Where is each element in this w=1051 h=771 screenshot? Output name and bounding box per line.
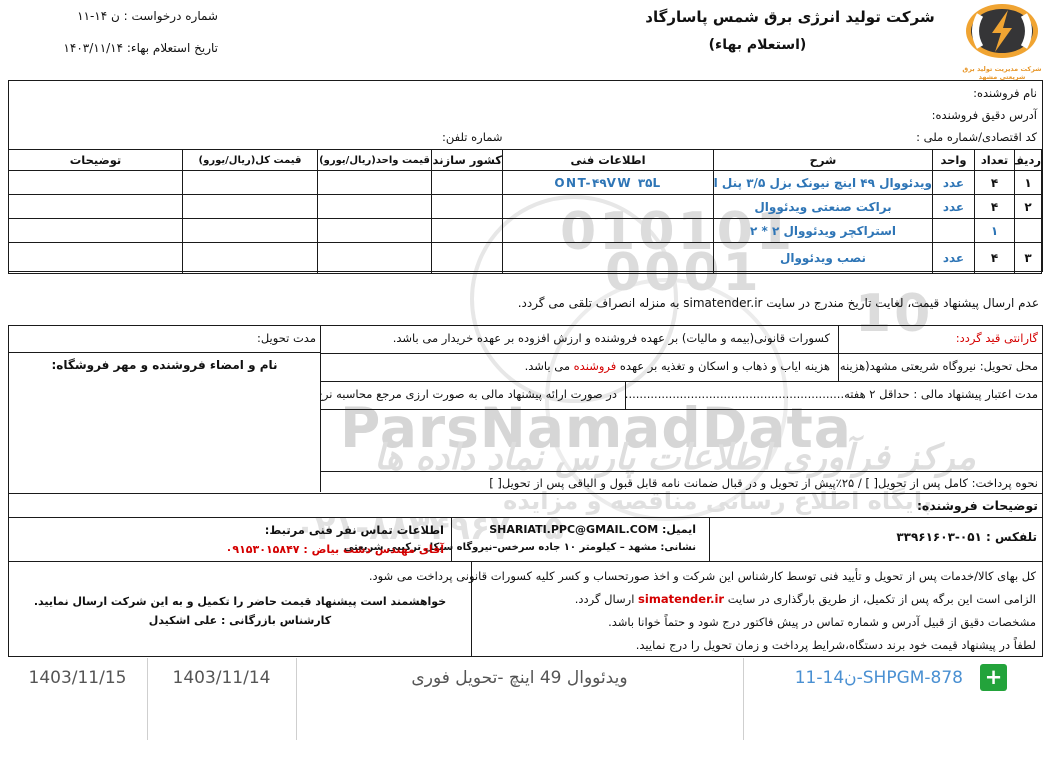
table-row: ۱ ۴ عدد ویدئووال ۴۹ اینچ نیونک بزل ۳/۵ پ… (9, 171, 1042, 195)
seller-notes-header: توضیحات فروشنده: (917, 498, 1038, 513)
request-completion-line: خواهشمند است پیشنهاد قیمت حاضر را تکمیل … (9, 595, 471, 608)
cell-tech: ONT-۴۹VW ۳۵L (503, 171, 714, 195)
col-tech: اطلاعات فنی (503, 150, 714, 171)
travel-cost-highlight: فروشنده (574, 359, 617, 373)
condition-row-empty (321, 410, 1042, 472)
signature-column: مدت تحویل: نام و امضاء فروشنده و مهر فرو… (9, 326, 321, 492)
footer-note-post: ارسال گردد. (575, 592, 638, 606)
telefax-number: ۳۳۹۶۱۶۰۳-۰۵۱ (896, 530, 982, 544)
company-logo: شرکت مدیریت تولید برق شریعتی مشهد (961, 2, 1043, 81)
signature-label: نام و امضاء فروشنده و مهر فروشگاه: (9, 358, 320, 372)
condition-row-validity: مدت اعتبار پیشنهاد مالی : حداقل ۲ هفته..… (321, 382, 1042, 410)
cell-qty: ۴ (975, 195, 1015, 219)
notice-post: به منزله انصراف تلقی می گردد. (518, 296, 684, 310)
cell-empty (9, 219, 183, 243)
cell-empty (432, 219, 503, 243)
request-number-line: شماره درخواست : ن ۱۱-۱۴ (28, 8, 218, 25)
travel-cost-post: می باشد. (525, 359, 574, 373)
commercial-expert-line: کارشناس بازرگانی : علی اشکیدل (9, 614, 471, 627)
cell-empty (503, 243, 714, 274)
footer-note: لطفاً در پیشنهاد قیمت خود برند دستگاه،شر… (369, 634, 1036, 657)
tech-contact-label: اطلاعات تماس نفر فنی مرتبط: (265, 523, 444, 537)
cell-unit: عدد (933, 243, 975, 274)
validity-text: مدت اعتبار پیشنهاد مالی : حداقل ۲ هفته..… (625, 382, 1042, 409)
cell-qty: ۴ (975, 243, 1015, 274)
telefax-line: تلفکس : ۳۳۹۶۱۶۰۳-۰۵۱ (896, 530, 1037, 544)
conditions-box: مدت تحویل: نام و امضاء فروشنده و مهر فرو… (8, 325, 1043, 657)
deadline-date-cell: 1403/11/15 (8, 668, 147, 688)
condition-row-delivery-place: محل تحویل: نیروگاه شریعتی مشهد(هزینه حمل… (321, 354, 1042, 382)
request-number-label: شماره درخواست : ن (111, 9, 218, 23)
cell-qty: ۱ (975, 219, 1015, 243)
cell-desc: ویدئووال ۴۹ اینچ نیونک بزل ۳/۵ پنل الجی (714, 171, 933, 195)
cell-qty: ۴ (975, 171, 1015, 195)
no-submission-notice: عدم ارسال پیشنهاد قیمت، لغایت تاریخ مندر… (518, 296, 1039, 310)
tender-title-cell: ویدئووال 49 اینچ -تحویل فوری (296, 668, 743, 688)
cell-desc: استراکچر ویدئووال ۲ * ۲ (714, 219, 933, 243)
items-table: ردیف تعداد واحد شرح اطلاعات فنی کشور ساز… (8, 149, 1042, 274)
col-total-price: قیمت کل(ریال/یورو) (183, 150, 318, 171)
inquiry-document-page: 010101 0001 10 ParsNamadData مرکز فرآوری… (0, 0, 1051, 771)
delivery-period-label: مدت تحویل: (257, 331, 316, 345)
header-left-block: شماره درخواست : ن ۱۱-۱۴ تاریخ استعلام به… (28, 8, 218, 72)
cell-desc: نصب ویدئووال (714, 243, 933, 274)
deductions-text: کسورات قانونی(بیمه و مالیات) بر عهده فرو… (321, 326, 838, 353)
cell-empty (318, 219, 432, 243)
document-type: (استعلام بهاء) (600, 37, 915, 53)
divider (9, 493, 1042, 494)
notice-pre: عدم ارسال پیشنهاد قیمت، لغایت تاریخ مندر… (762, 296, 1039, 310)
cell-desc: براکت صنعتی ویدئووال (714, 195, 933, 219)
cell-empty (183, 171, 318, 195)
cell-empty (318, 243, 432, 274)
table-row: ۳ ۴ عدد نصب ویدئووال (9, 243, 1042, 274)
seller-code-label: کد اقتصادی/شماره ملی : (916, 130, 1037, 144)
cell-empty (9, 243, 183, 274)
delivery-place-pre: محل تحویل: نیروگاه شریعتی مشهد(هزینه حمل… (838, 359, 1038, 373)
company-title: شرکت تولید انرژی برق شمس پاسارگاد (600, 8, 980, 26)
company-logo-icon (962, 2, 1042, 62)
divider (451, 518, 452, 561)
tender-code-text: 11-14ن-SHPGM-878 (795, 668, 963, 688)
cell-empty (503, 219, 714, 243)
footer-note-site: simatender.ir (638, 592, 724, 606)
table-row: ۲ ۴ عدد براکت صنعتی ویدئووال (9, 195, 1042, 219)
col-row: ردیف (1015, 150, 1042, 171)
seller-phone-label: شماره تلفن: (442, 130, 502, 144)
inquiry-date-line: تاریخ استعلام بهاء: ۱۴۰۳/۱۱/۱۴ (28, 40, 218, 57)
col-desc: شرح (714, 150, 933, 171)
col-notes: توضیحات (9, 150, 183, 171)
footer-note-pre: الزامی است این برگه پس از تکمیل، از طریق… (724, 592, 1036, 606)
plus-icon[interactable]: + (980, 664, 1007, 691)
cell-empty (9, 195, 183, 219)
request-number-value: ۱۱-۱۴ (77, 8, 107, 25)
seller-info-and-items-box: نام فروشنده: آدرس دقیق فروشنده: کد اقتصا… (8, 80, 1043, 272)
tender-code-link[interactable]: 11-14ن-SHPGM-878 (748, 668, 963, 688)
conditions-rows: گارانتی قید گردد: کسورات قانونی(بیمه و م… (321, 326, 1042, 490)
cell-empty (432, 171, 503, 195)
publish-date-cell: 1403/11/14 (147, 668, 296, 688)
travel-cost-text: هزینه ایاب و ذهاب و اسکان و تغذیه بر عهد… (321, 354, 838, 381)
divider (709, 518, 710, 561)
col-qty: تعداد (975, 150, 1015, 171)
cell-unit (933, 219, 975, 243)
payment-method-text: نحوه پرداخت: کامل پس از تحویل[ ] / ۲۵٪پی… (321, 472, 1042, 490)
currency-text: در صورت ارائه پیشنهاد مالی به صورت ارزی … (321, 382, 625, 409)
request-completion-block: خواهشمند است پیشنهاد قیمت حاضر را تکمیل … (9, 562, 471, 627)
items-header-row: ردیف تعداد واحد شرح اطلاعات فنی کشور ساز… (9, 150, 1042, 171)
logo-caption: شرکت مدیریت تولید برق شریعتی مشهد (961, 66, 1043, 81)
cell-empty (9, 171, 183, 195)
seller-name-label: نام فروشنده: (973, 86, 1037, 100)
cell-row: ۱ (1015, 171, 1042, 195)
cell-empty (503, 195, 714, 219)
seller-address-label: آدرس دقیق فروشنده: (932, 108, 1037, 122)
cell-empty (432, 243, 503, 274)
warranty-label: گارانتی قید گردد: (838, 326, 1042, 353)
telefax-label: تلفکس : (982, 530, 1037, 544)
divider (9, 517, 1042, 518)
divider (743, 658, 744, 740)
table-row: ۱ استراکچر ویدئووال ۲ * ۲ (9, 219, 1042, 243)
travel-cost-pre: هزینه ایاب و ذهاب و اسکان و تغذیه بر عهد… (616, 359, 830, 373)
delivery-place-text: محل تحویل: نیروگاه شریعتی مشهد(هزینه حمل… (838, 354, 1042, 381)
cell-unit: عدد (933, 195, 975, 219)
cell-unit: عدد (933, 171, 975, 195)
cell-empty (183, 243, 318, 274)
delivery-period-row: مدت تحویل: (9, 326, 320, 353)
cell-row: ۲ (1015, 195, 1042, 219)
col-unit-price: قیمت واحد(ریال/یورو) (318, 150, 432, 171)
col-country: کشور سازنده (432, 150, 503, 171)
col-unit: واحد (933, 150, 975, 171)
cell-empty (432, 195, 503, 219)
condition-row-warranty: گارانتی قید گردد: کسورات قانونی(بیمه و م… (321, 326, 1042, 354)
notice-site: simatender.ir (683, 296, 762, 310)
email-line: ایمیل: SHARIATI.PPC@GMAIL.COM (489, 523, 696, 536)
cell-empty (183, 219, 318, 243)
cell-row (1015, 219, 1042, 243)
cell-row: ۳ (1015, 243, 1042, 274)
tech-code: ONT-۴۹VW ۳۵L (554, 176, 661, 190)
cell-empty (318, 171, 432, 195)
cell-empty (318, 195, 432, 219)
tech-contact-value: آقای مهندس دشت بیاض : ۰۹۱۵۳۰۱۵۸۴۷ (226, 543, 444, 556)
cell-empty (183, 195, 318, 219)
